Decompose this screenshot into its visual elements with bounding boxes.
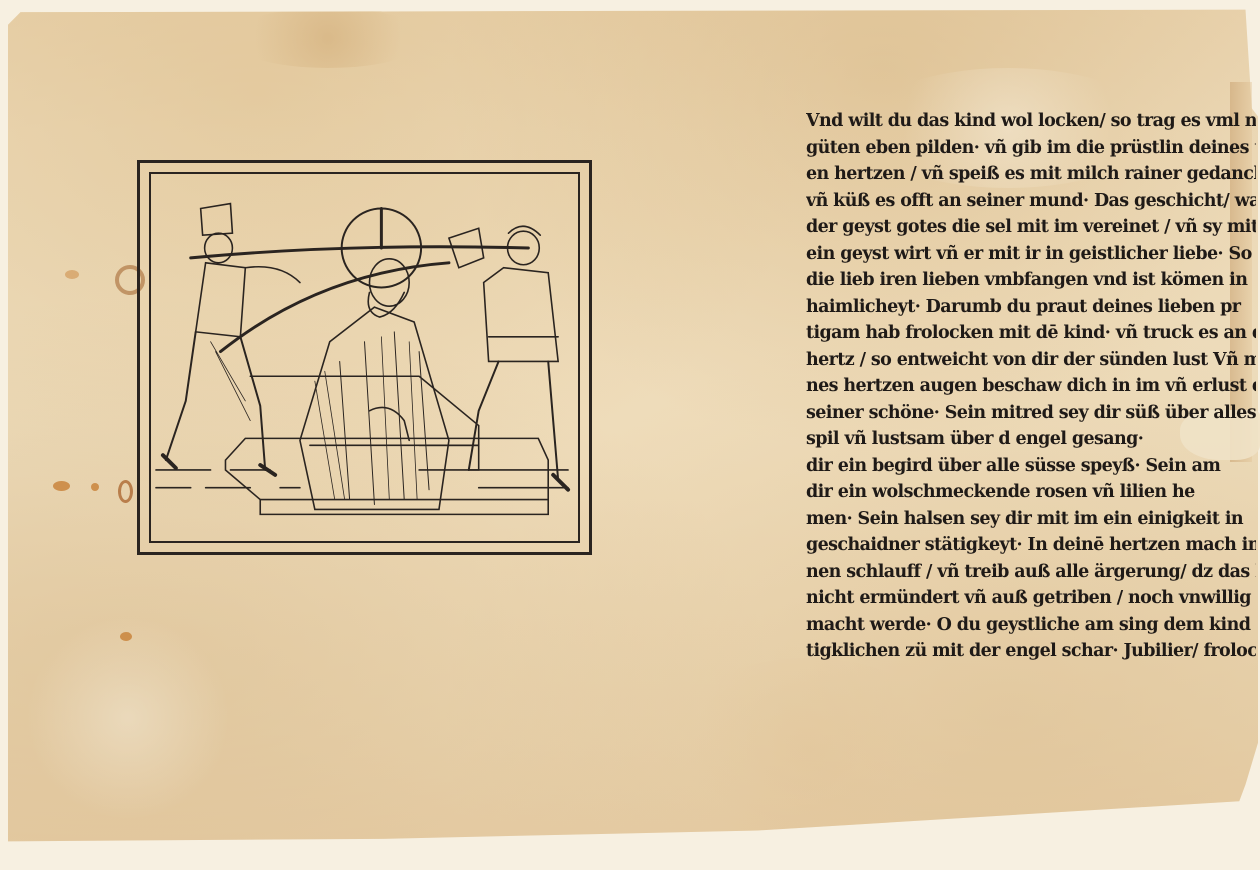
text-line: en hertzen / vñ speiß es mit milch raine… (806, 161, 1256, 188)
text-line: dir ein wolschmeckende rosen vñ lilien h… (806, 479, 1256, 506)
text-line: tigklichen zü mit der engel schar· Jubil… (806, 638, 1256, 665)
text-line: Vnd wilt du das kind wol locken/ so trag… (806, 108, 1256, 135)
text-line: ein geyst wirt vñ er mit ir in geistlich… (806, 241, 1256, 268)
fox-spot (91, 483, 99, 491)
text-line: dir ein begird über alle süsse speyß· Se… (806, 453, 1256, 480)
text-line: geschaidner stätigkeyt· In deinē hertzen… (806, 532, 1256, 559)
text-line: hertz / so entweicht von dir der sünden … (806, 347, 1256, 374)
fox-spot (120, 632, 132, 641)
water-stain (228, 8, 428, 68)
woodcut-illustration (137, 160, 592, 555)
text-line: men· Sein halsen sey dir mit im ein eini… (806, 506, 1256, 533)
text-line: nicht ermündert vñ auß getriben / noch v… (806, 585, 1256, 612)
fox-spot (53, 481, 70, 491)
water-stain (18, 608, 238, 828)
blackletter-text-column: Vnd wilt du das kind wol locken/ so trag… (806, 108, 1256, 665)
water-stain (658, 658, 958, 838)
text-line: spil vñ lustsam über d engel gesang· (806, 426, 1256, 453)
text-line: nes hertzen augen beschaw dich in im vñ … (806, 373, 1256, 400)
fox-spot (118, 480, 133, 503)
text-line: nen schlauff / vñ treib auß alle ärgerun… (806, 559, 1256, 586)
fox-spot (65, 270, 79, 279)
text-line: macht werde· O du geystliche am sing dem… (806, 612, 1256, 639)
text-line: die lieb iren lieben vmbfangen vnd ist k… (806, 267, 1256, 294)
text-line: der geyst gotes die sel mit im vereinet … (806, 214, 1256, 241)
text-line: seiner schöne· Sein mitred sey dir süß ü… (806, 400, 1256, 427)
crowning-with-thorns-scene (151, 174, 578, 541)
text-line: vñ küß es offt an seiner mund· Das gesch… (806, 188, 1256, 215)
woodcut-inner-border (149, 172, 580, 543)
text-line: güten eben pilden· vñ gib im die prüstli… (806, 135, 1256, 162)
text-line: haimlicheyt· Darumb du praut deines lieb… (806, 294, 1256, 321)
text-line: tigam hab frolocken mit dē kind· vñ truc… (806, 320, 1256, 347)
